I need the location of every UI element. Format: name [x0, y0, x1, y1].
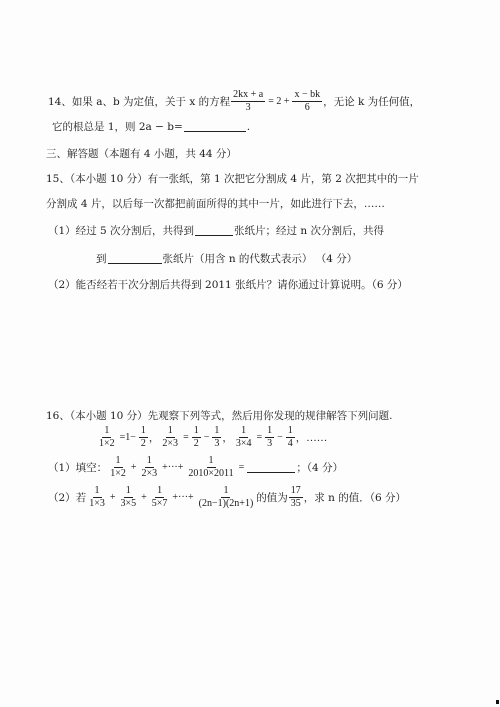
q14-fraction-lhs: 2kx + a 3 — [231, 90, 265, 113]
q16-part1: （1）填空： 1 1×2 + 1 2×3 +···+ 1 2010×2011 =… — [48, 456, 343, 479]
page-corner-mark — [496, 700, 499, 704]
q16-part2: （2）若 1 1×3 + 1 3×5 + 1 5×7 +···+ 1 (2n−1… — [48, 486, 406, 509]
q16-heading: 16、（本小题 10 分）先观察下列等式，然后用你发现的规律解答下列问题. — [46, 408, 392, 423]
example-1-fraction: 1 1×2 — [97, 426, 117, 449]
q14-answer-blank[interactable] — [184, 121, 246, 132]
q15-part2: （2）能否经若干次分割后共得到 2011 张纸片？请你通过计算说明。（6 分） — [48, 277, 408, 292]
q16-part1-answer-blank[interactable] — [247, 462, 295, 473]
q15-line2: 分割成 4 片，以后每一次都把前面所得的其中一片，如此进行下去，…… — [46, 196, 385, 211]
section-heading: 三、解答题（本题有 4 小题，共 44 分） — [46, 146, 237, 161]
q14-line1: 14、如果 a、b 为定值，关于 x 的方程 2kx + a 3 = 2 + x… — [48, 90, 420, 113]
q15-blank-n-cuts[interactable] — [108, 253, 162, 264]
q15-part1-line1: （1）经过 5 次分割后，共得到 张纸片；经过 n 次分割后，共得 — [48, 223, 384, 238]
q15-line1: 15、（本小题 10 分）有一张纸，第 1 次把它分割成 4 片，第 2 次把其… — [46, 171, 419, 186]
q14-text: 14、如果 a、b 为定值，关于 x 的方程 — [48, 94, 230, 109]
example-2-fraction: 1 2×3 — [160, 426, 180, 449]
q16-examples: 1 1×2 =1− 1 2 ， 1 2×3 = 1 2 − 1 3 ， 1 3×… — [96, 426, 327, 449]
q14-line2: 它的根总是 1，则 2a − b= . — [52, 119, 250, 134]
q15-blank-5-cuts[interactable] — [195, 225, 233, 236]
example-3-fraction: 1 3×4 — [234, 426, 254, 449]
q14-fraction-rhs: x − bk 6 — [292, 90, 322, 113]
q15-part1-line2: 到 张纸片（用含 n 的代数式表示） （4 分） — [96, 251, 357, 266]
